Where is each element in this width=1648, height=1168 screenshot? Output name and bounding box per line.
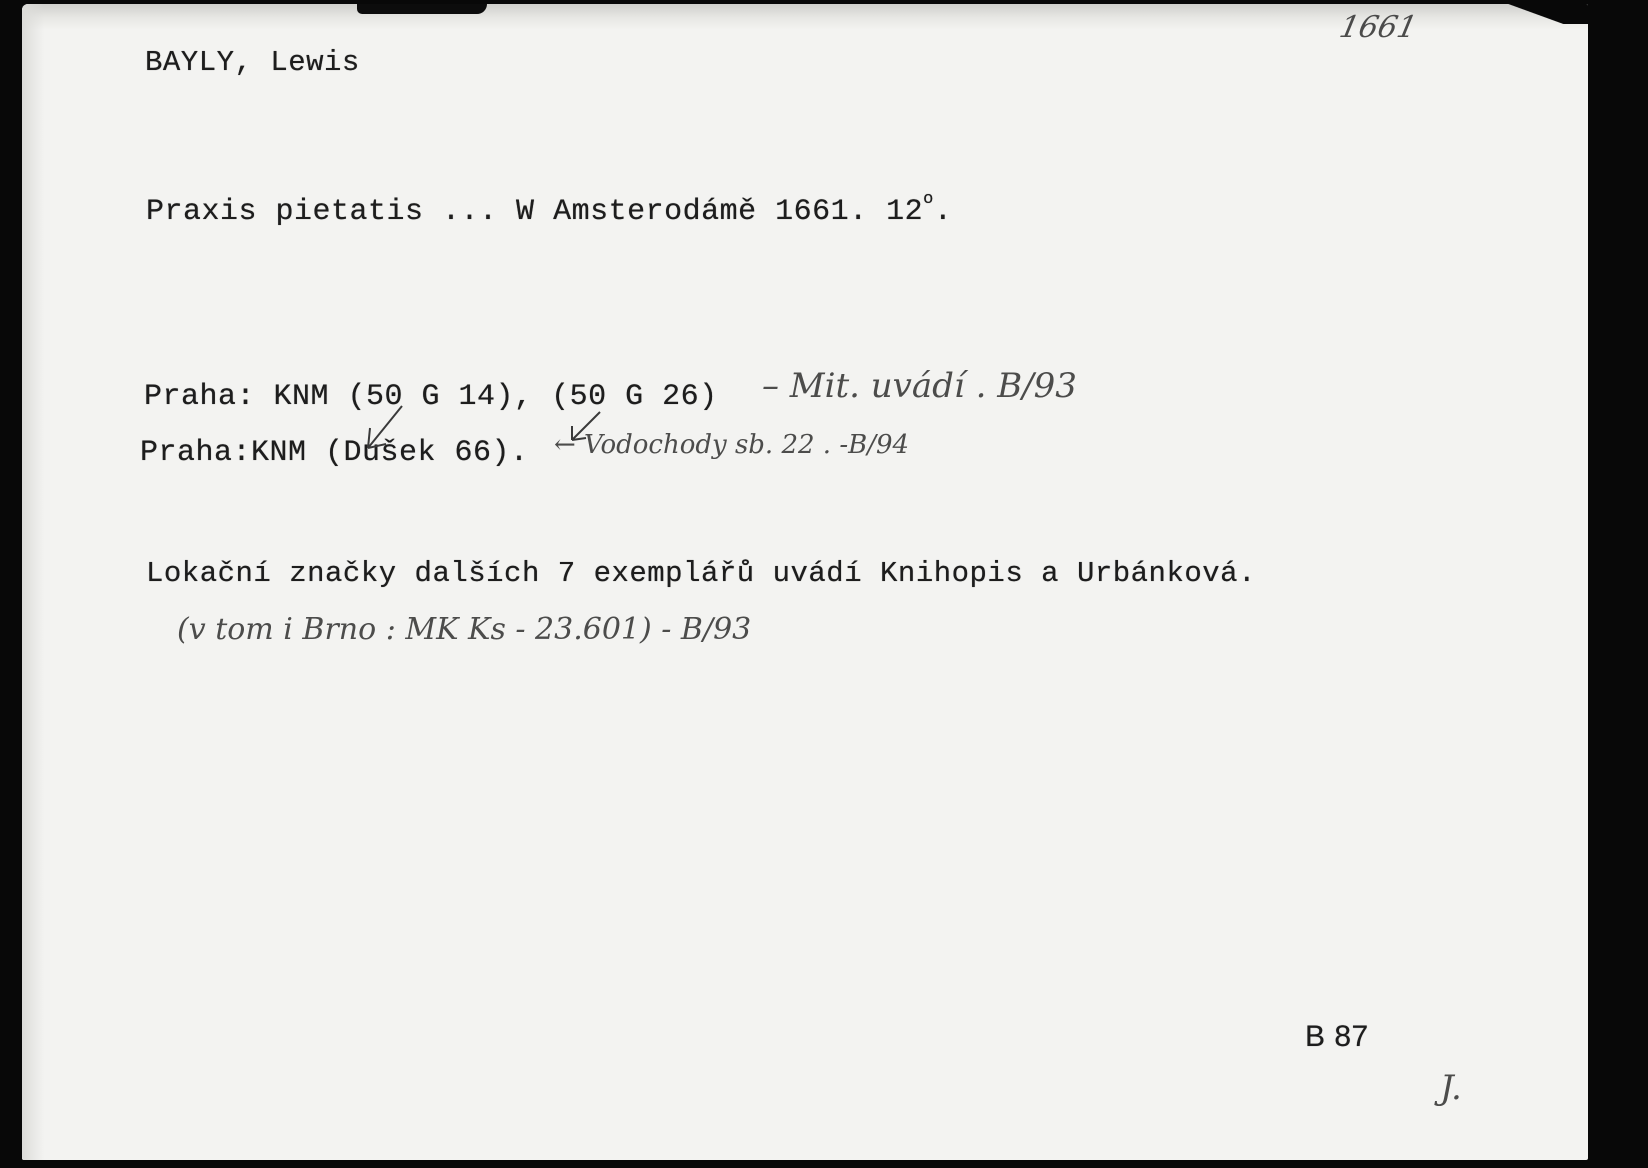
holding-line-2-handwritten: ← Vodochody sb. 22 . -B/94 xyxy=(554,430,909,460)
holding-line-1-handwritten: – Mit. uvádí . B/93 xyxy=(762,366,1077,406)
card-corner xyxy=(1468,4,1588,24)
title-line: Praxis pietatis ... W Amsterodámě 1661. … xyxy=(146,190,952,229)
location-note: Lokační značky dalších 7 exemplářů uvádí… xyxy=(146,557,1256,590)
torn-edge-shadow xyxy=(357,4,487,14)
handwritten-note: (v tom i Brno : MK Ks - 23.601) - B/93 xyxy=(177,612,751,647)
initial-mark: J. xyxy=(1440,1068,1462,1108)
author-heading: BAYLY, Lewis xyxy=(145,46,360,79)
holding-line-2: Praha:KNM (Dušek 66). xyxy=(140,436,529,470)
title-trailing: . xyxy=(934,195,953,229)
card-number: B 87 xyxy=(1305,1020,1369,1054)
handwritten-year: 1661 xyxy=(1336,10,1420,45)
title-text: Praxis pietatis ... W Amsterodámě 1661. … xyxy=(146,195,923,229)
scanned-catalog-card-image: BAYLY, Lewis 1661 Praxis pietatis ... W … xyxy=(0,0,1648,1168)
catalog-card: BAYLY, Lewis 1661 Praxis pietatis ... W … xyxy=(22,4,1588,1160)
format-superscript: o xyxy=(923,190,934,209)
holding-line-1: Praha: KNM (50 G 14), (50 G 26) xyxy=(144,380,718,414)
